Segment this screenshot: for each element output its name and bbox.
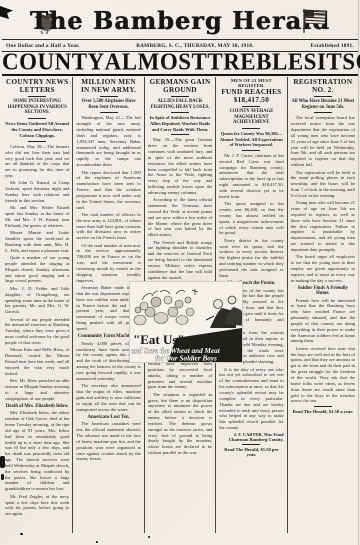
divider-rule — [171, 112, 189, 113]
main-headline: COUNTYALMOSTTREBLESITSQUOTA — [2, 48, 358, 75]
article-subhead: Soldier Finds A Friendly Home. — [291, 286, 355, 296]
article-paragraph: It is the duty of every one who has not … — [219, 367, 283, 431]
article-paragraph: Several of our people attended the memor… — [5, 317, 69, 346]
article-deck: Over 1,500 Airplanes Have Been Sent Over… — [76, 99, 140, 110]
article-paragraph: Mrs. J. D. Felder and little daughter, o… — [5, 286, 69, 315]
divider-rule — [100, 112, 118, 113]
divider-rule — [242, 128, 260, 129]
article-paragraph: Mr. Fred Zeigler, of the navy, spent a f… — [5, 494, 69, 517]
subscription-tagline: Read The Herald, $1.50 per year. — [219, 447, 283, 457]
article-headline: REGISTRATION NO. 2. — [291, 79, 355, 94]
divider-rule — [100, 96, 118, 97]
scan-speck — [148, 536, 150, 538]
divider-rule — [242, 150, 260, 151]
masthead: The Bamberg Herald — [0, 0, 360, 38]
article-headline: GERMANS GAIN GROUND — [148, 79, 212, 94]
article-paragraph: Mr. John G. Kinard, of Camp Jackson, spe… — [5, 180, 69, 203]
article-paragraph: Every district in the county went over i… — [219, 238, 283, 279]
cartoon-caption-line1: "Eat Us" — [133, 332, 185, 347]
article-subdeck: In Spite of Stubborn Resistance Allies R… — [148, 115, 212, 132]
subscription-tagline: Read The Herald, $1.50 a year. — [291, 409, 355, 414]
divider-rule — [171, 134, 189, 135]
article-deck: SOME INTERESTING HAPPENINGS IN VARIOUS S… — [5, 99, 69, 116]
divider-rule — [28, 118, 46, 119]
article-paragraph: Young men who will become 21 years of ag… — [291, 200, 355, 253]
article-deck: COUNTY AVERAGE MAGNIFICENT ACHIEVEMENT. — [219, 109, 283, 126]
article-paragraph: The total number of officers in the new … — [76, 212, 140, 241]
article-headline: COUNTRY NEWS LETTERS — [5, 79, 69, 94]
cartoon-illustration: "Eat Us" and Save the Wheat and Meat for… — [130, 282, 242, 362]
cartoon-caption-line3: for Our Soldier Boys — [155, 355, 217, 363]
article-headline: FUND REACHES $18,417.50 — [219, 89, 283, 104]
divider-rule — [314, 112, 332, 113]
divider-rule — [314, 406, 332, 407]
article-paragraph: The report disclosed that 1,500 of the a… — [76, 170, 140, 211]
newspaper-page: The Bamberg Herald One Dollar and a Half… — [0, 0, 360, 545]
article-paragraph: May 29.—The great German drive on the we… — [148, 137, 212, 195]
article-paragraph: Letters received here state that the boy… — [291, 346, 355, 404]
headline-word: COUNTY — [2, 48, 105, 75]
article-paragraph: The quota assigned to the county was $6,… — [219, 201, 283, 236]
article-subdeck: News Items Gathered All Around the Count… — [5, 121, 69, 132]
american-flag-icon — [302, 8, 328, 34]
article-deck: All Who Have Become 21 Must Register on … — [291, 99, 355, 110]
article-paragraph: The secretary also announced that the ou… — [76, 383, 140, 412]
article-paragraph: The situation is regarded as grave, but … — [148, 392, 212, 456]
article-headline: MILLION MEN IN NEW ARMY. — [76, 79, 140, 94]
scan-speck — [20, 533, 23, 535]
article-paragraph: According to the latest official stateme… — [148, 197, 212, 238]
column-5: REGISTRATION NO. 2.All Who Have Become 2… — [287, 77, 358, 533]
article-paragraph: Rev. Mr. Hiers preached an able sermon a… — [5, 378, 69, 401]
scan-speck — [96, 541, 98, 543]
scan-mark — [0, 456, 5, 468]
article-paragraph: Mr. J. F. Carter, chairman of the second… — [219, 153, 283, 200]
headline-word: ITS — [317, 48, 356, 75]
divider-rule — [314, 96, 332, 97]
article-paragraph: The local exemption board has received n… — [291, 115, 355, 168]
headline-word: TREBLES — [207, 48, 317, 75]
column-1: COUNTRY NEWS LETTERSSOME INTERESTING HAP… — [2, 77, 72, 533]
article-subdeck: Colston Clippings. — [5, 133, 69, 139]
article-paragraph: Friends here will be interested to learn… — [291, 298, 355, 345]
article-paragraph: Quite a number of our young people atten… — [5, 255, 69, 284]
divider-rule — [28, 96, 46, 97]
article-paragraph: Misses Mamie and Lottie Sandifer spent t… — [5, 230, 69, 253]
article-paragraph: Misses Kate and Belle Hiers, of Denmark,… — [5, 347, 69, 376]
article-paragraph: The French and British troops are fighti… — [148, 240, 212, 281]
article-subhead: Americans Lost Ten. — [76, 415, 140, 420]
banner-headline-row: COUNTYALMOSTTREBLESITSQUOTA — [2, 50, 358, 76]
scan-mark — [1, 474, 4, 480]
divider-rule — [242, 106, 260, 107]
article-deck: ALLIES FALL BACK FIGHTING HEAVY LOSES. — [148, 99, 212, 110]
article-subhead: Death of Mrs. Elizabeth Inlow. — [5, 404, 69, 409]
signature-line: J. F. CARTER, War Fund Chairman Bamberg … — [219, 432, 283, 442]
article-paragraph: The American casualties were ten, the of… — [76, 421, 140, 462]
article-paragraph: Mrs. Elizabeth Inlow, the oldest residen… — [5, 410, 69, 492]
divider-rule — [28, 141, 46, 142]
article-kicker: MEN OF 21 MUST REGISTER. — [219, 78, 283, 88]
page-edge-shadow — [358, 0, 359, 545]
divider-rule — [242, 444, 260, 445]
article-paragraph: Mr. and Mrs. Walter Kinard spent last Su… — [5, 205, 69, 228]
article-paragraph: Of the total number of men now in the se… — [76, 243, 140, 284]
article-paragraph: Washington, May 21.—The full strength of… — [76, 115, 140, 168]
headline-word: ALMOST — [105, 48, 208, 75]
eat-us-cartoon: "Eat Us" and Save the Wheat and Meat for… — [130, 282, 242, 362]
article-subdeck: Quota for County Was $6,300—Almost Trebl… — [219, 131, 283, 148]
article-paragraph: The registration will be held at the usu… — [291, 170, 355, 199]
article-paragraph: The board urges all employers to see tha… — [291, 254, 355, 283]
divider-rule — [171, 96, 189, 97]
article-paragraph: Colston, May 28.—The farmers who did not… — [5, 144, 69, 179]
